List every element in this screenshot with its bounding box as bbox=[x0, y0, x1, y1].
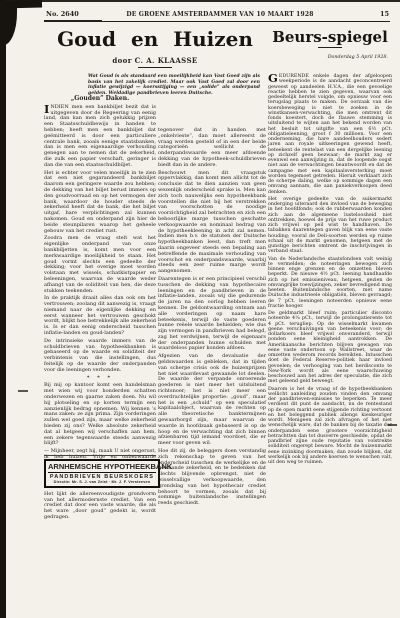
issue-number: No. 2640 bbox=[46, 10, 79, 18]
paragraph-separator: * * * bbox=[44, 376, 156, 382]
beurs-spiegel-title: Beurs-spiegel bbox=[268, 28, 392, 46]
scan-margin-mark bbox=[18, 390, 28, 392]
header-rule bbox=[44, 21, 390, 22]
paragraph: tegenover dat in handen met „onkelvieste… bbox=[158, 128, 266, 169]
paragraph: Hoe dit zij, de beleggers doen verstandi… bbox=[158, 449, 266, 507]
paragraph: Daarentegen is er een principieel versch… bbox=[158, 277, 266, 352]
paragraph: GEDURENDE enkele dagen der afgeloopen we… bbox=[268, 74, 392, 195]
paragraph: Het lijkt de allereenvoudigste grondvorm… bbox=[44, 492, 156, 521]
paragraph: Bij mij op kantoor komt een handelsman m… bbox=[44, 383, 156, 447]
paragraph: De intrinsieke waarde immers van de schu… bbox=[44, 339, 156, 374]
paragraph: Het overige gedeelte van de suikermarkt … bbox=[268, 197, 392, 255]
paragraph: In de praktijk draait alles dan ook om h… bbox=[44, 296, 156, 337]
paragraph: Van de Nederlandsche staatsfondsen valt … bbox=[268, 257, 392, 310]
scan-left-edge bbox=[0, 0, 6, 618]
paragraph: Zoodra men de vraag stelt wat het eigenl… bbox=[44, 236, 156, 294]
column-end-rule bbox=[44, 455, 156, 456]
paragraph: INDIEN men een bankbiljet bezit dat is u… bbox=[44, 105, 156, 169]
section-heading: „Gouden” Daken. bbox=[44, 96, 156, 102]
masthead: DE GROENE AMSTERDAMMER VAN 10 MAART 1928 bbox=[105, 11, 335, 18]
scan-top-edge bbox=[0, 0, 400, 2]
page-number: 15 bbox=[380, 10, 389, 18]
drop-cap: G bbox=[268, 74, 278, 84]
paragraph: De geldmarkt bleef ruim; particulier dis… bbox=[268, 311, 392, 385]
article-column-2: tegenover dat in handen met „onkelvieste… bbox=[158, 128, 266, 509]
drop-cap: I bbox=[44, 105, 49, 115]
beurs-dateline: Donderdag 5 April 1928. bbox=[268, 55, 388, 60]
column-2-text: tegenover dat in handen met „onkelvieste… bbox=[158, 128, 266, 507]
beurs-text: GEDURENDE enkele dagen der afgeloopen we… bbox=[268, 74, 392, 465]
ad-directors-line: Directie: Mr. S. J. van Zelst · Mr. J. F… bbox=[48, 480, 156, 484]
beurs-title-rule bbox=[318, 47, 342, 48]
newspaper-page: No. 2640 DE GROENE AMSTERDAMMER VAN 10 M… bbox=[0, 0, 400, 618]
byline-rule bbox=[138, 67, 172, 68]
paragraph: Afgezien van de devaluatie der geldswaar… bbox=[158, 354, 266, 447]
ad-bank-name: ARNHEMSCHE HYPOTHEEKBANK bbox=[48, 462, 156, 473]
arnhemsche-hypotheekbank-ad: ARNHEMSCHE HYPOTHEEKBANK PANDBRIEVEN BEU… bbox=[44, 459, 160, 488]
paragraph: Het is echter voor velen moeilijk in te … bbox=[44, 171, 156, 235]
paragraph: Beschouwt men dit vraagstuk oppervlakkig… bbox=[158, 171, 266, 275]
article-intro: Wat Goud is als standaard een moeilijkhe… bbox=[88, 74, 260, 96]
paragraph: Daarom is het de vraag of de hypotheekba… bbox=[268, 387, 392, 466]
article-byline: door C. A. KLAASSE bbox=[44, 56, 266, 65]
scan-corner-blob bbox=[0, 5, 17, 45]
beurs-column: GEDURENDE enkele dagen der afgeloopen we… bbox=[268, 74, 392, 467]
article-title: Goud en Huizen bbox=[44, 27, 266, 51]
